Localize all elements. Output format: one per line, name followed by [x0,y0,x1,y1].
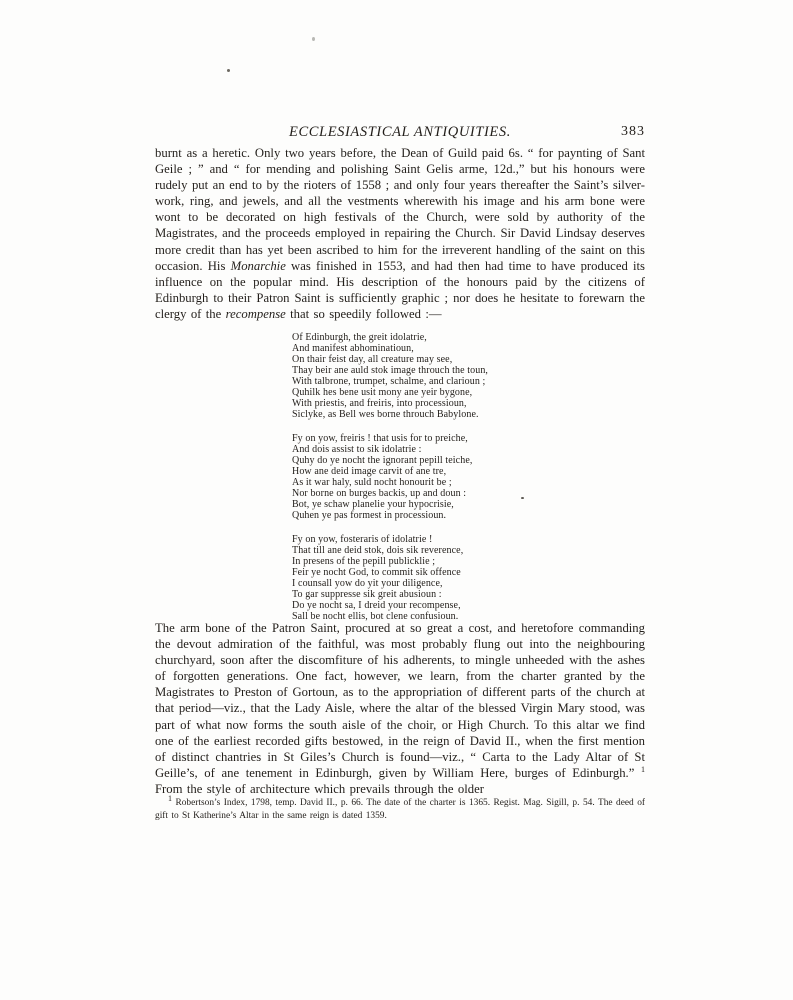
poem-line: With priestis, and freiris, into process… [292,398,488,409]
poem-line: Thay beir ane auld stok image throuch th… [292,365,488,376]
poem-line: On thair feist day, all creature may see… [292,354,488,365]
poem-line: Fy on yow, fosteraris of idolatrie ! [292,534,488,545]
scan-speck [227,69,230,72]
text-run: The arm bone of the Patron Saint, procur… [155,621,645,780]
poem-line: Of Edinburgh, the greit idolatrie, [292,332,488,343]
poem-stanza: Fy on yow, fosteraris of idolatrie !That… [292,534,488,622]
page-number: 383 [621,124,645,140]
poem-line: Quhilk hes bene usit mony ane yeir bygon… [292,387,488,398]
paragraph-1: burnt as a heretic. Only two years befor… [155,145,645,322]
text-run: Robertson’s Index, 1798, temp. David II.… [155,798,645,821]
scan-speck [521,497,524,499]
poem-stanza: Of Edinburgh, the greit idolatrie,And ma… [292,332,488,420]
poem-line: Fy on yow, freiris ! that usis for to pr… [292,433,488,444]
poem-line: Do ye nocht sa, I dreid your recompense, [292,600,488,611]
book-page: ECCLESIASTICAL ANTIQUITIES. 383 burnt as… [0,0,793,1000]
page-header: ECCLESIASTICAL ANTIQUITIES. 383 [155,124,645,142]
poem-line: That till ane deid stok, dois sik revere… [292,545,488,556]
poem-line: With talbrone, trumpet, schalme, and cla… [292,376,488,387]
poem-stanza: Fy on yow, freiris ! that usis for to pr… [292,433,488,521]
running-title: ECCLESIASTICAL ANTIQUITIES. [155,124,645,141]
poem-line: Bot, ye schaw planelie your hypocrisie, [292,499,488,510]
poem-line: Quhy do ye nocht the ignorant pepill tei… [292,455,488,466]
poem-line: How ane deid image carvit of ane tre, [292,466,488,477]
poem-line: And dois assist to sik idolatrie : [292,444,488,455]
poem-line: Quhen ye pas formest in processioun. [292,510,488,521]
poem-line: And manifest abhominatioun, [292,343,488,354]
footnote: 1 Robertson’s Index, 1798, temp. David I… [155,797,645,823]
paragraph-2: The arm bone of the Patron Saint, procur… [155,620,645,797]
poem: Of Edinburgh, the greit idolatrie,And ma… [292,332,488,635]
poem-line: Feir ye nocht God, to commit sik offence [292,567,488,578]
text-run: that so speedily followed :— [286,307,442,321]
italic-run: recompense [226,307,286,321]
footnote-reference: 1 [641,765,645,774]
poem-line: Siclyke, as Bell wes borne throuch Babyl… [292,409,488,420]
text-run: burnt as a heretic. Only two years befor… [155,146,645,273]
poem-line: In presens of the pepill publicklie ; [292,556,488,567]
poem-line: Nor borne on burges backis, up and doun … [292,488,488,499]
italic-run: Monarchie [231,259,286,273]
poem-line: I counsall yow do yit your diligence, [292,578,488,589]
poem-line: To gar suppresse sik greit abusioun : [292,589,488,600]
poem-line: As it war haly, suld nocht honourit be ; [292,477,488,488]
text-run: From the style of architecture which pre… [155,782,484,796]
scan-speck [312,37,315,41]
